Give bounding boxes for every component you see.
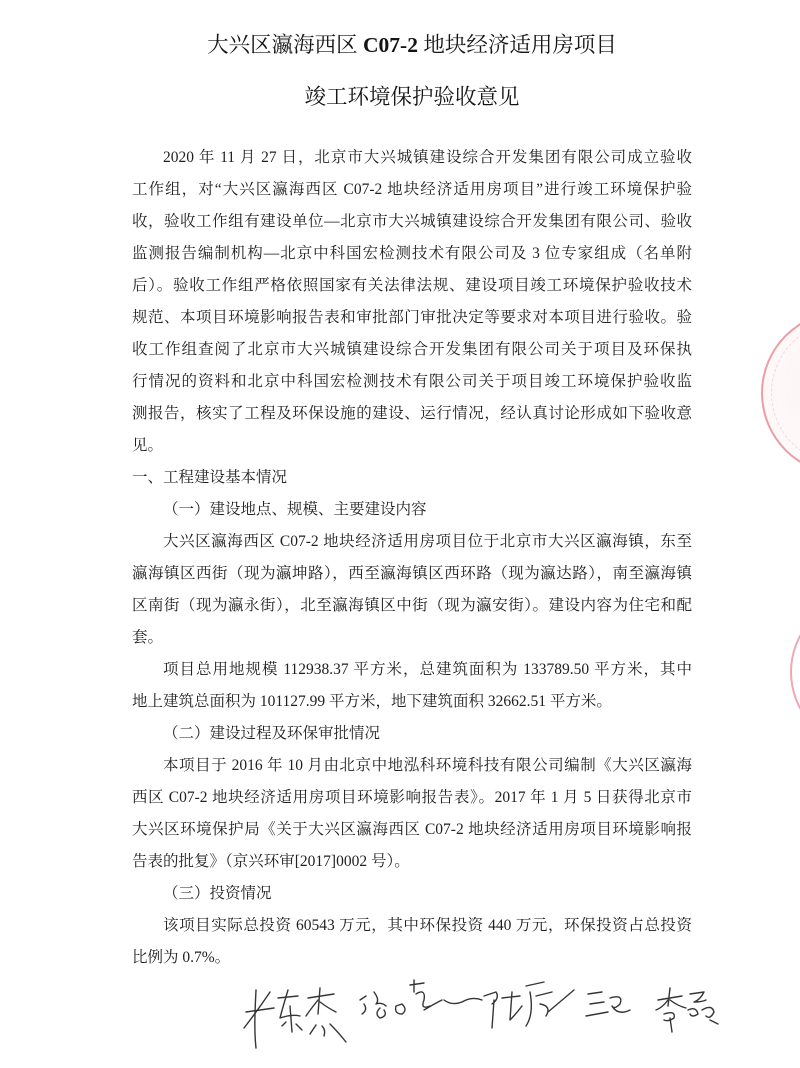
text-line: 收工作组查阅了北京市大兴城镇建设综合开发集团有限公司关于项目及环保执 bbox=[132, 334, 692, 366]
text-line: 收，验收工作组有建设单位—北京市大兴城镇建设综合开发集团有限公司、验收 bbox=[132, 206, 692, 238]
stamp-inner-ring bbox=[771, 321, 800, 465]
text-line: 行情况的资料和北京中科国宏检测技术有限公司关于项目竣工环境保护验收监 bbox=[132, 366, 692, 398]
subsection-heading: （二）建设过程及环保审批情况 bbox=[132, 718, 692, 750]
intro-paragraph: 2020 年 11 月 27 日，北京市大兴城镇建设综合开发集团有限公司成立验收… bbox=[132, 142, 692, 462]
title-suffix: 地块经济适用房项目 bbox=[418, 33, 617, 57]
text-line: 告表的批复》（京兴环审[2017]0002 号）。 bbox=[132, 846, 692, 878]
document-title-line-2: 竣工环境保护验收意见 bbox=[132, 82, 692, 112]
handwritten-signatures bbox=[230, 970, 730, 1055]
text-line: 大兴区环境保护局《关于大兴区瀛海西区 C07-2 地块经济适用房项目环境影响报 bbox=[132, 814, 692, 846]
signature-3 bbox=[586, 992, 630, 1016]
subsection-heading: （三）投资情况 bbox=[132, 878, 692, 910]
text-line: 地上建筑总面积为 101127.99 平方米，地下建筑面积 32662.51 平… bbox=[132, 686, 692, 718]
text-line: 见。 bbox=[132, 430, 692, 462]
text-line: 瀛海镇区西街（现为瀛坤路），西至瀛海镇区西环路（现为瀛达路），南至瀛海镇 bbox=[132, 558, 692, 590]
text-line: 套。 bbox=[132, 622, 692, 654]
section-heading: 一、工程建设基本情况 bbox=[132, 462, 692, 494]
text-line: 监测报告编制机构—北京中科国宏检测技术有限公司及 3 位专家组成（名单附 bbox=[132, 238, 692, 270]
document-title-line-1: 大兴区瀛海西区 C07-2 地块经济适用房项目 bbox=[132, 30, 692, 60]
signature-2 bbox=[360, 980, 574, 1028]
document-page: 大兴区瀛海西区 C07-2 地块经济适用房项目 竣工环境保护验收意见 2020 … bbox=[0, 0, 800, 1068]
text-line: 项目总用地规模 112938.37 平方米，总建筑面积为 133789.50 平… bbox=[132, 654, 692, 686]
title-plot-code: C07-2 bbox=[363, 33, 418, 57]
text-line: 该项目实际总投资 60543 万元，其中环保投资 440 万元，环保投资占总投资 bbox=[132, 910, 692, 942]
text-line: 2020 年 11 月 27 日，北京市大兴城镇建设综合开发集团有限公司成立验收 bbox=[132, 142, 692, 174]
text-line: 大兴区瀛海西区 C07-2 地块经济适用房项目位于北京市大兴区瀛海镇，东至 bbox=[132, 526, 692, 558]
red-seal-stamp bbox=[790, 595, 800, 749]
title-prefix: 大兴区瀛海西区 bbox=[207, 33, 363, 57]
signature-4 bbox=[656, 988, 718, 1032]
text-line: 规范、本项目环境影响报告表和审批部门审批决定等要求对本项目进行验收。验 bbox=[132, 302, 692, 334]
signature-1 bbox=[244, 988, 346, 1048]
text-line: 工作组，对“大兴区瀛海西区 C07-2 地块经济适用房项目”进行竣工环境保护验 bbox=[132, 174, 692, 206]
document-body: 2020 年 11 月 27 日，北京市大兴城镇建设综合开发集团有限公司成立验收… bbox=[132, 142, 692, 974]
text-line: 本项目于 2016 年 10 月由北京中地泓科环境科技有限公司编制《大兴区瀛海 bbox=[132, 750, 692, 782]
location-paragraph: 大兴区瀛海西区 C07-2 地块经济适用房项目位于北京市大兴区瀛海镇，东至 瀛海… bbox=[132, 526, 692, 654]
red-seal-stamp bbox=[761, 311, 800, 475]
text-line: 西区 C07-2 地块经济适用房项目环境影响报告表》。2017 年 1 月 5 … bbox=[132, 782, 692, 814]
subsection-heading: （一）建设地点、规模、主要建设内容 bbox=[132, 494, 692, 526]
scale-paragraph: 项目总用地规模 112938.37 平方米，总建筑面积为 133789.50 平… bbox=[132, 654, 692, 718]
text-line: 区南街（现为瀛永街），北至瀛海镇区中街（现为瀛安街）。建设内容为住宅和配 bbox=[132, 590, 692, 622]
text-line: 后）。验收工作组严格依照国家有关法律法规、建设项目竣工环境保护验收技术 bbox=[132, 270, 692, 302]
investment-paragraph: 该项目实际总投资 60543 万元，其中环保投资 440 万元，环保投资占总投资… bbox=[132, 910, 692, 974]
text-line: 测报告，核实了工程及环保设施的建设、运行情况，经认真讨论形成如下验收意 bbox=[132, 398, 692, 430]
approval-paragraph: 本项目于 2016 年 10 月由北京中地泓科环境科技有限公司编制《大兴区瀛海 … bbox=[132, 750, 692, 878]
